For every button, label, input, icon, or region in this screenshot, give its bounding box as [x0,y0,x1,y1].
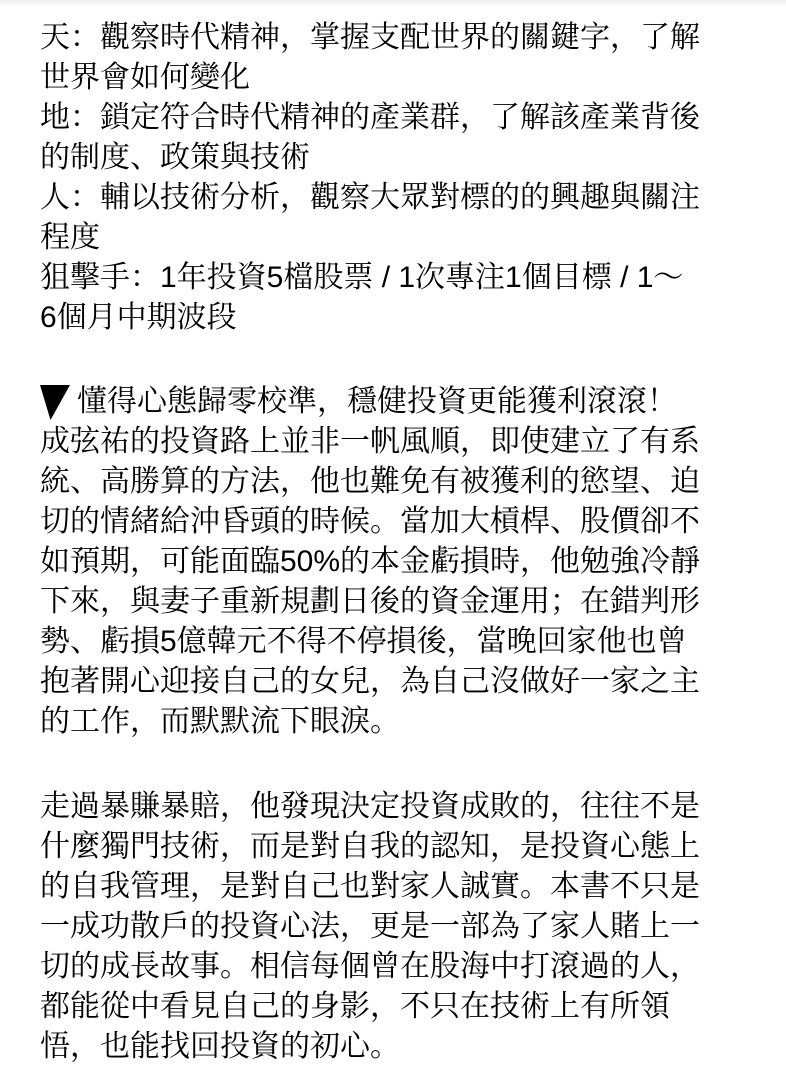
book-description-text-block: 天：觀察時代精神，掌握支配世界的關鍵字，了解 世界會如何變化 地：鎖定符合時代精… [40,18,712,1067]
book-description-page: { "page": { "background_color": "#ffffff… [0,0,786,1080]
paragraph-method-overview: 天：觀察時代精神，掌握支配世界的關鍵字，了解 世界會如何變化 地：鎖定符合時代精… [40,18,712,338]
section-heading-row: 懂得心態歸零校準，穩健投資更能獲利滾滾！ [40,382,712,422]
section-heading: 懂得心態歸零校準，穩健投資更能獲利滾滾！ [77,382,677,422]
page-top-shadow [0,0,786,6]
section-mindset: 懂得心態歸零校準，穩健投資更能獲利滾滾！ 成弦祐的投資路上並非一帆風順，即使建立… [40,382,712,742]
section-marker-triangle-icon [40,385,70,420]
paragraph-closing: 走過暴賺暴賠，他發現決定投資成敗的，往往不是 什麼獨門技術，而是對自我的認知，是… [40,787,712,1067]
paragraph-investor-story: 成弦祐的投資路上並非一帆風順，即使建立了有系 統、高勝算的方法，他也難免有被獲利… [40,422,712,742]
